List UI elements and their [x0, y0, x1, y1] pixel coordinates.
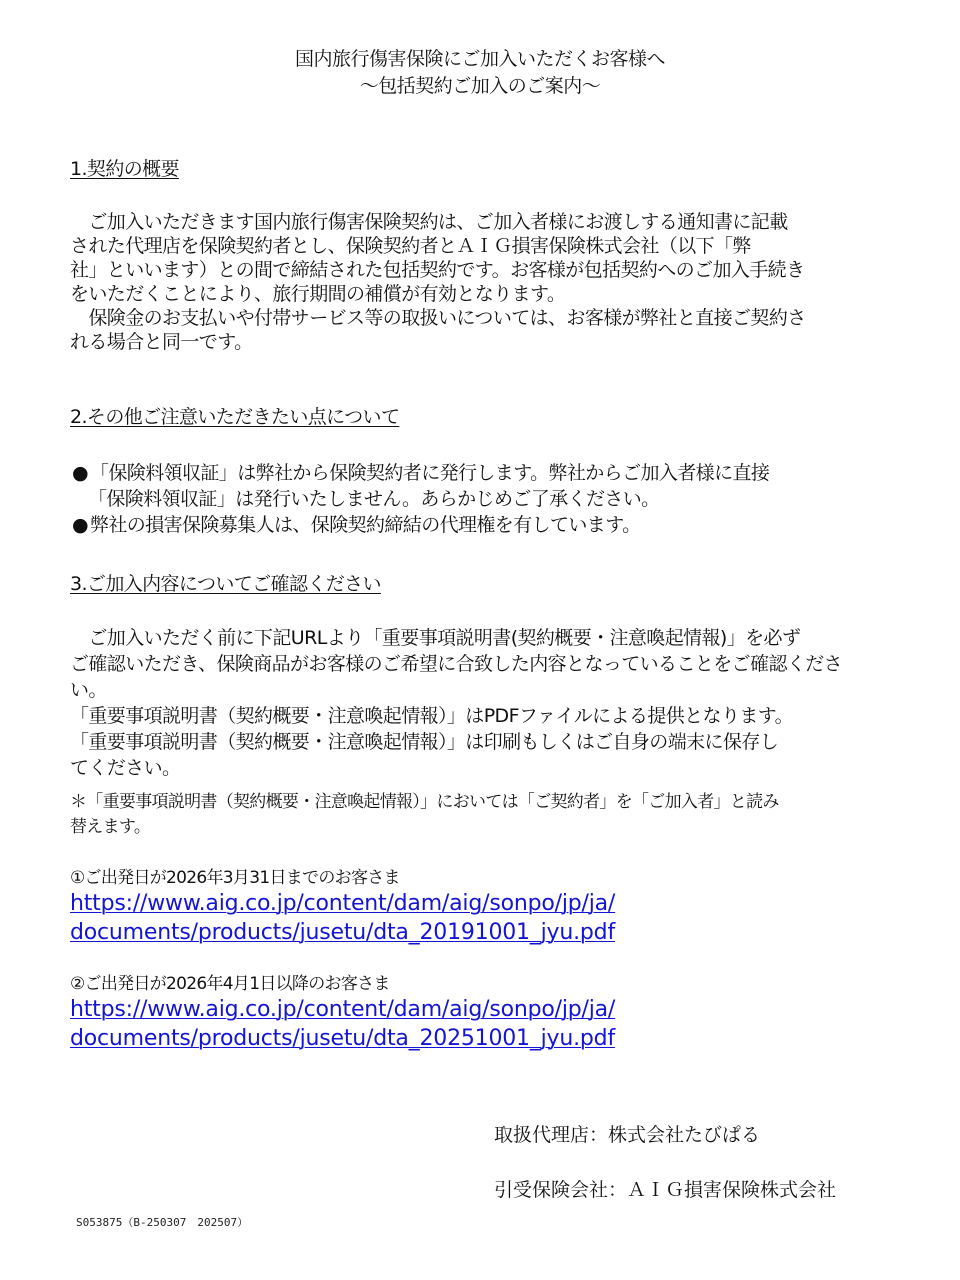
case-1-url-link[interactable]: https://www.aig.co.jp/content/dam/aig/so…: [70, 889, 615, 947]
section-3-heading: 3.ご加入内容についてご確認ください: [70, 572, 381, 596]
document-code: S053875（B-250307 202507）: [76, 1216, 248, 1230]
bullet-text: 「保険料領収証」は弊社から保険契約者に発行します。弊社からご加入者様に直接: [90, 462, 769, 484]
title-line-1: 国内旅行傷害保険にご加入いただくお客様へ: [0, 46, 960, 73]
bullet-item: ●弊社の損害保険募集人は、保険契約締結の代理権を有しています。: [72, 512, 769, 538]
title-line-2: ～包括契約ご加入のご案内～: [0, 73, 960, 100]
insurer-info: 引受保険会社：ＡＩＧ損害保険株式会社: [494, 1178, 836, 1202]
section-1-line: 保険金のお支払いや付帯サービス等の取扱いについては、お客様が弊社と直接ご契約さ: [70, 306, 806, 330]
url-line[interactable]: https://www.aig.co.jp/content/dam/aig/so…: [70, 995, 615, 1024]
section-1-line: をいただくことにより、旅行期間の補償が有効となります。: [70, 282, 806, 306]
section-3-line: い。: [70, 677, 842, 703]
section-2-bullets: ●「保険料領収証」は弊社から保険契約者に発行します。弊社からご加入者様に直接 「…: [72, 460, 769, 538]
section-3-line: ご加入いただく前に下記URLより「重要事項説明書(契約概要・注意喚起情報)」を必…: [70, 625, 842, 651]
url-line[interactable]: documents/products/jusetu/dta_20191001_j…: [70, 918, 615, 947]
bullet-continuation: 「保険料領収証」は発行いたしません。あらかじめご了承ください。: [72, 486, 769, 512]
section-3-line: ご確認いただき、保険商品がお客様のご希望に合致した内容となっていることをご確認く…: [70, 651, 842, 677]
section-3-line: 「重要事項説明書（契約概要・注意喚起情報）」は印刷もしくはご自身の端末に保存し: [70, 729, 842, 755]
section-2-heading: 2.その他ご注意いただきたい点について: [70, 405, 399, 429]
case-2-block: ②ご出発日が2026年4月1日以降のお客さま https://www.aig.c…: [70, 973, 615, 1053]
section-3-body: ご加入いただく前に下記URLより「重要事項説明書(契約概要・注意喚起情報)」を必…: [70, 625, 842, 781]
note-line: 替えます。: [70, 815, 779, 840]
document-title: 国内旅行傷害保険にご加入いただくお客様へ ～包括契約ご加入のご案内～: [0, 46, 960, 100]
bullet-text: 弊社の損害保険募集人は、保険契約締結の代理権を有しています。: [90, 514, 640, 536]
case-2-url-link[interactable]: https://www.aig.co.jp/content/dam/aig/so…: [70, 995, 615, 1053]
url-line[interactable]: documents/products/jusetu/dta_20251001_j…: [70, 1024, 615, 1053]
agency-info: 取扱代理店：株式会社たびぱる: [494, 1123, 760, 1147]
section-1-line: れる場合と同一です。: [70, 330, 806, 354]
section-3-line: てください。: [70, 755, 842, 781]
note-line: ＊「重要事項説明書（契約概要・注意喚起情報）」においては「ご契約者」を「ご加入者…: [70, 790, 779, 815]
section-1-body: ご加入いただきます国内旅行傷害保険契約は、ご加入者様にお渡しする通知書に記載 さ…: [70, 210, 806, 354]
section-1-heading: 1.契約の概要: [70, 157, 179, 181]
section-3-note: ＊「重要事項説明書（契約概要・注意喚起情報）」においては「ご契約者」を「ご加入者…: [70, 790, 779, 840]
case-1-label: ①ご出発日が2026年3月31日までのお客さま: [70, 867, 615, 889]
section-1-line: 社」といいます）との間で締結された包括契約です。お客様が包括契約へのご加入手続き: [70, 258, 806, 282]
url-line[interactable]: https://www.aig.co.jp/content/dam/aig/so…: [70, 889, 615, 918]
case-1-block: ①ご出発日が2026年3月31日までのお客さま https://www.aig.…: [70, 867, 615, 947]
section-3-line: 「重要事項説明書（契約概要・注意喚起情報）」はPDFファイルによる提供となります…: [70, 703, 842, 729]
section-1-line: ご加入いただきます国内旅行傷害保険契約は、ご加入者様にお渡しする通知書に記載: [70, 210, 806, 234]
case-2-label: ②ご出発日が2026年4月1日以降のお客さま: [70, 973, 615, 995]
section-1-line: された代理店を保険契約者とし、保険契約者とＡＩＧ損害保険株式会社（以下「弊: [70, 234, 806, 258]
bullet-icon: ●: [72, 460, 90, 486]
document-page: 国内旅行傷害保険にご加入いただくお客様へ ～包括契約ご加入のご案内～ 1.契約の…: [0, 0, 960, 1280]
bullet-icon: ●: [72, 512, 90, 538]
bullet-item: ●「保険料領収証」は弊社から保険契約者に発行します。弊社からご加入者様に直接: [72, 460, 769, 486]
